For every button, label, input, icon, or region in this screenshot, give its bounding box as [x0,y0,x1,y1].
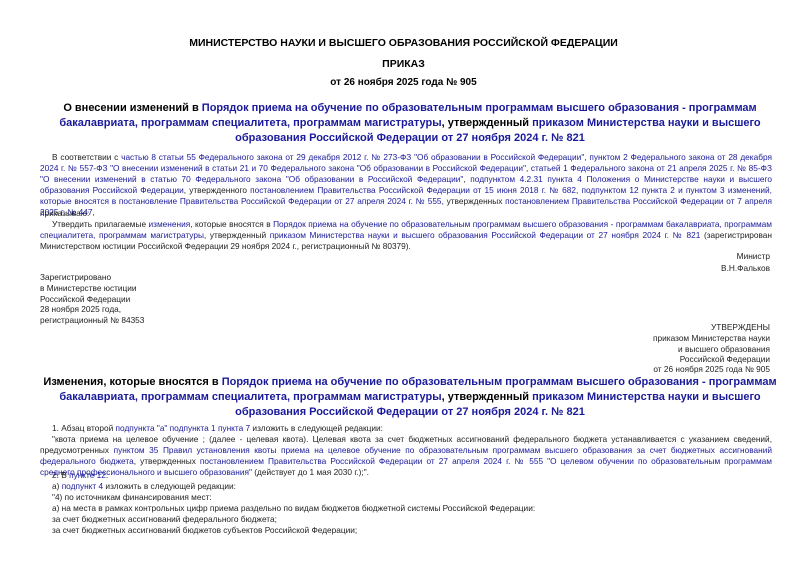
ministry-header: МИНИСТЕРСТВО НАУКИ И ВЫСШЕГО ОБРАЗОВАНИЯ… [0,37,807,49]
changes-title: Изменения, которые вносятся в Порядок пр… [40,375,780,420]
text: Изменения, которые вносятся в [43,376,221,388]
text: , которые вносятся в [190,219,273,229]
text: , утвержденный [204,230,270,240]
item-2: 2. В пункте 12: [52,470,108,480]
text: , утвержденного [184,185,250,195]
text: , [92,207,94,217]
title-text: О внесении изменений в [63,102,201,114]
link-resolution-682[interactable]: постановлением Правительства Российской … [250,185,576,195]
text: , утвержденный [442,391,532,403]
order-date-number: от 26 ноября 2025 года № 905 [0,77,807,88]
link-point-12[interactable]: пункте 12 [69,470,106,480]
text: (действует до 1 мая 2030 г.);". [252,467,369,477]
registration-line: Зарегистрировано [40,272,111,282]
item-1: 1. Абзац второй подпункта "а" подпункта … [52,423,383,433]
link-subpoint-a[interactable]: подпункта "а" подпункта 1 пункта 7 [116,423,251,433]
registration-line: Российской Федерации [40,294,130,304]
registration-line: регистрационный № 84353 [40,315,144,325]
signature-name: В.Н.Фальков [721,263,770,273]
approve-paragraph: Утвердить прилагаемые изменения, которые… [40,219,772,252]
text: , утвержденных [134,456,200,466]
text: , утвержденных [442,196,506,206]
text: "квота приема на целевое обучение [52,434,203,444]
quote-paragraph: "квота приема на целевое обучение ; (дал… [40,434,772,478]
text: Утвердить прилагаемые [52,219,149,229]
approved-line: УТВЕРЖДЕНЫ [711,322,770,332]
item-line: за счет бюджетных ассигнований бюджетов … [52,525,357,535]
order-word: приказываю: [40,208,89,218]
registration-line: в Министерстве юстиции [40,283,137,293]
link-order-821[interactable]: приказом Министерства науки и высшего об… [270,230,701,240]
title-text: , утвержденный [442,117,532,129]
item-2a: а) подпункт 4 изложить в следующей редак… [52,481,236,491]
approved-line: Российской Федерации [680,354,770,364]
text: 2. В [52,470,69,480]
text: а) [52,481,62,491]
text: изложить в следующей редакции: [250,423,383,433]
item-line: а) на места в рамках контрольных цифр пр… [52,503,535,513]
link-subpoint-4[interactable]: подпункт 4 [62,481,103,491]
approved-line: приказом Министерства науки [653,333,770,343]
document-page: МИНИСТЕРСТВО НАУКИ И ВЫСШЕГО ОБРАЗОВАНИЯ… [0,0,807,571]
link-changes[interactable]: изменения [149,219,191,229]
doc-type: ПРИКАЗ [0,58,807,70]
text: В соответствии с [52,152,121,162]
item-line: за счет бюджетных ассигнований федеральн… [52,514,277,524]
text: : [106,470,108,480]
approved-line: от 26 ноября 2025 года № 905 [653,364,770,374]
registration-line: 28 ноября 2025 года, [40,304,121,314]
signature-position: Министр [737,251,770,261]
text: изложить в следующей редакции: [103,481,236,491]
item-line: "4) по источникам финансирования мест: [52,492,212,502]
order-title: О внесении изменений в Порядок приема на… [40,101,780,146]
approved-line: и высшего образования [678,344,770,354]
link-law-273[interactable]: частью 8 статьи 55 Федерального закона о… [121,152,584,162]
preamble-paragraph: В соответствии с частью 8 статьи 55 Феде… [40,152,772,218]
text: 1. Абзац второй [52,423,116,433]
